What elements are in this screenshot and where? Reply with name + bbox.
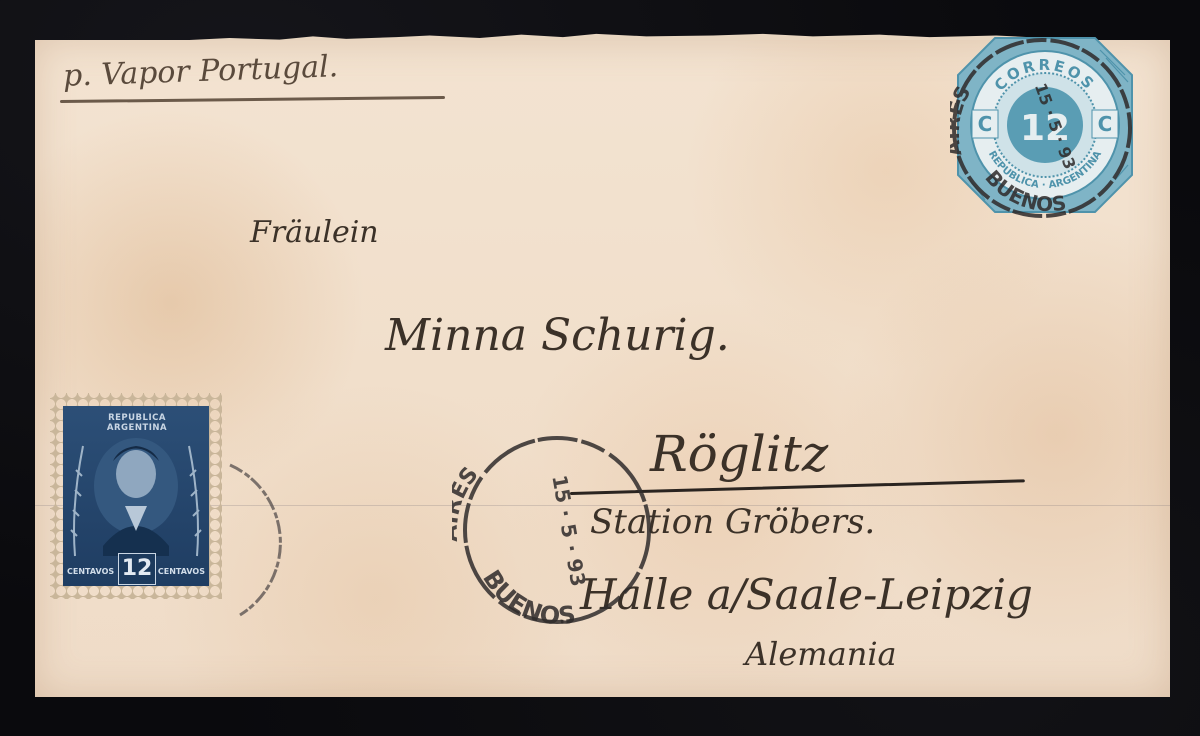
postmark-buenos-aires: AIRES BUENOS 15 · 5 · 93 xyxy=(452,422,672,642)
address-town-struck: Röglitz xyxy=(650,425,828,483)
imprinted-stamp-indicium: CORREOS REPUBLICA · ARGENTINA C C 12 AIR… xyxy=(950,30,1140,220)
stamp-top-text: REPUBLICA ARGENTINA xyxy=(78,413,196,433)
postmark-date: 15 · 5 · 93 xyxy=(547,473,590,588)
indicium-left-letter: C xyxy=(978,112,993,136)
stamp-right-label: CENTAVOS xyxy=(158,567,205,576)
address-name: Minna Schurig. xyxy=(385,310,730,361)
svg-text:AIRES: AIRES xyxy=(452,462,484,542)
indicium-right-letter: C xyxy=(1098,112,1113,136)
postmark-city-bottom: BUENOS xyxy=(477,565,577,630)
postmark-city-top: AIRES xyxy=(452,462,484,542)
routing-note: p. Vapor Portugal. xyxy=(62,49,338,94)
address-country: Alemania xyxy=(745,635,897,673)
svg-text:BUENOS: BUENOS xyxy=(477,565,577,630)
routing-note-underline xyxy=(60,96,445,103)
address-salutation: Fräulein xyxy=(250,215,379,250)
partial-postmark-arc xyxy=(200,455,320,625)
stamp-left-label: CENTAVOS xyxy=(67,567,114,576)
stamp-value: 12 xyxy=(118,553,156,585)
